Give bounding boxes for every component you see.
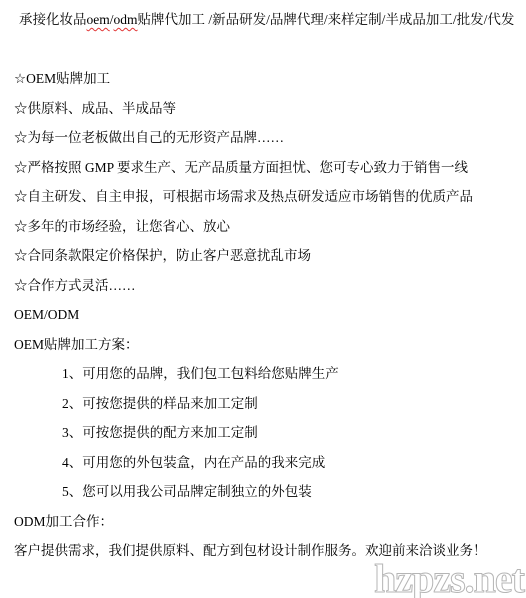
numbered-item: 3、可按您提供的配方来加工定制 xyxy=(62,418,520,448)
document-body: 承接化妆品oem/odm贴牌代加工 /新品研发/品牌代理/来样定制/半成品加工/… xyxy=(0,0,526,566)
section-heading-odm-coop: ODM加工合作： xyxy=(14,507,520,537)
feature-item: ☆自主研发、自主申报，可根据市场需求及热点研发适应市场销售的优质产品 xyxy=(14,182,520,212)
misspelled-word-odm: odm xyxy=(114,12,138,27)
section-heading-oem-plan: OEM贴牌加工方案： xyxy=(14,330,520,360)
feature-item: ☆供原料、成品、半成品等 xyxy=(14,94,520,124)
numbered-item: 1、可用您的品牌，我们包工包料给您贴牌生产 xyxy=(62,359,520,389)
misspelled-word-oem: oem xyxy=(87,12,110,27)
feature-item: ☆OEM贴牌加工 xyxy=(14,64,520,94)
document-page: { "page": { "background": "#ffffff", "te… xyxy=(0,0,526,598)
numbered-item: 2、可按您提供的样品来加工定制 xyxy=(62,389,520,419)
closing-paragraph: 客户提供需求，我们提供原料、配方到包材设计制作服务。欢迎前来洽谈业务！ xyxy=(14,536,520,566)
numbered-item: 4、可用您的外包装盒，内在产品的我来完成 xyxy=(62,448,520,478)
feature-item: ☆严格按照 GMP 要求生产、无产品质量方面担忧、您可专心致力于销售一线 xyxy=(14,153,520,183)
feature-item: ☆合同条款限定价格保护，防止客户恶意扰乱市场 xyxy=(14,241,520,271)
numbered-item: 5、您可以用我公司品牌定制独立的外包装 xyxy=(62,477,520,507)
section-label-oem-odm: OEM/ODM xyxy=(14,300,520,330)
feature-item: ☆为每一位老板做出自己的无形资产品牌…… xyxy=(14,123,520,153)
blank-line xyxy=(14,35,520,65)
intro-paragraph: 承接化妆品oem/odm贴牌代加工 /新品研发/品牌代理/来样定制/半成品加工/… xyxy=(14,5,520,35)
intro-rest: 贴牌代加工 /新品研发/品牌代理/来样定制/半成品加工/批发/代发 xyxy=(138,12,515,27)
feature-item: ☆合作方式灵活…… xyxy=(14,271,520,301)
feature-item: ☆多年的市场经验，让您省心、放心 xyxy=(14,212,520,242)
intro-prefix: 承接化妆品 xyxy=(19,12,87,27)
